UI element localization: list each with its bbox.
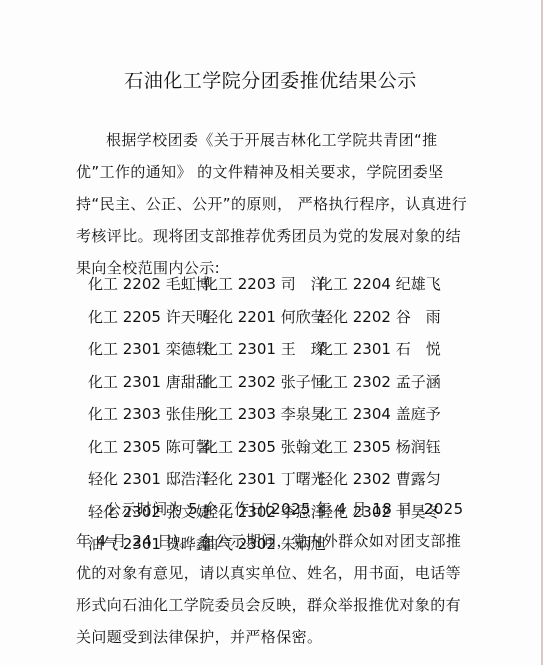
nominee-entry: 化工 2301 栾德轶 — [88, 333, 203, 366]
nominee-entry: 化工 2203 司 洋 — [203, 268, 318, 301]
nominee-entry: 化工 2302 张子恒 — [203, 366, 318, 399]
nominee-entry: 化工 2202 毛虹博 — [88, 268, 203, 301]
nominee-entry: 化工 2304 盖庭予 — [318, 398, 433, 431]
nominee-entry: 化工 2303 李泉昊 — [203, 398, 318, 431]
document-title: 石油化工学院分团委推优结果公示 — [0, 66, 541, 93]
document-page: 石油化工学院分团委推优结果公示 根据学校团委《关于开展吉林化工学院共青团“推优”… — [0, 0, 543, 665]
nominee-entry: 化工 2301 王 璨 — [203, 333, 318, 366]
nominee-entry: 轻化 2202 谷 雨 — [318, 301, 433, 334]
closing-paragraph: 公示时间为 5 个工作日(2025 年 4 月 18 日 -2025 年 4 月… — [76, 493, 471, 653]
nominee-entry: 化工 2205 许天明 — [88, 301, 203, 334]
nominee-entry: 化工 2302 孟子涵 — [318, 366, 433, 399]
nominee-entry: 化工 2204 纪雄飞 — [318, 268, 433, 301]
nominee-entry: 轻化 2301 邸浩洋 — [88, 463, 203, 496]
nominee-row: 化工 2301 唐甜甜化工 2302 张子恒化工 2302 孟子涵 — [88, 366, 433, 399]
nominee-entry: 化工 2301 唐甜甜 — [88, 366, 203, 399]
nominee-entry: 轻化 2301 丁曙光 — [203, 463, 318, 496]
intro-paragraph: 根据学校团委《关于开展吉林化工学院共青团“推优”工作的通知》 的文件精神及相关要… — [76, 124, 471, 284]
nominee-entry: 化工 2301 石 悦 — [318, 333, 433, 366]
nominee-entry: 化工 2305 张翰文 — [203, 431, 318, 464]
nominee-entry: 化工 2303 张佳彤 — [88, 398, 203, 431]
nominee-row: 轻化 2301 邸浩洋轻化 2301 丁曙光轻化 2302 曹露匀 — [88, 463, 433, 496]
nominee-row: 化工 2301 栾德轶化工 2301 王 璨化工 2301 石 悦 — [88, 333, 433, 366]
nominee-entry: 化工 2305 陈可馨 — [88, 431, 203, 464]
nominee-row: 化工 2305 陈可馨化工 2305 张翰文化工 2305 杨润钰 — [88, 431, 433, 464]
nominee-entry: 轻化 2201 何欣莹 — [203, 301, 318, 334]
nominee-row: 化工 2202 毛虹博化工 2203 司 洋化工 2204 纪雄飞 — [88, 268, 433, 301]
nominee-entry: 化工 2305 杨润钰 — [318, 431, 433, 464]
nominee-row: 化工 2205 许天明轻化 2201 何欣莹轻化 2202 谷 雨 — [88, 301, 433, 334]
nominee-row: 化工 2303 张佳彤化工 2303 李泉昊化工 2304 盖庭予 — [88, 398, 433, 431]
nominee-entry: 轻化 2302 曹露匀 — [318, 463, 433, 496]
